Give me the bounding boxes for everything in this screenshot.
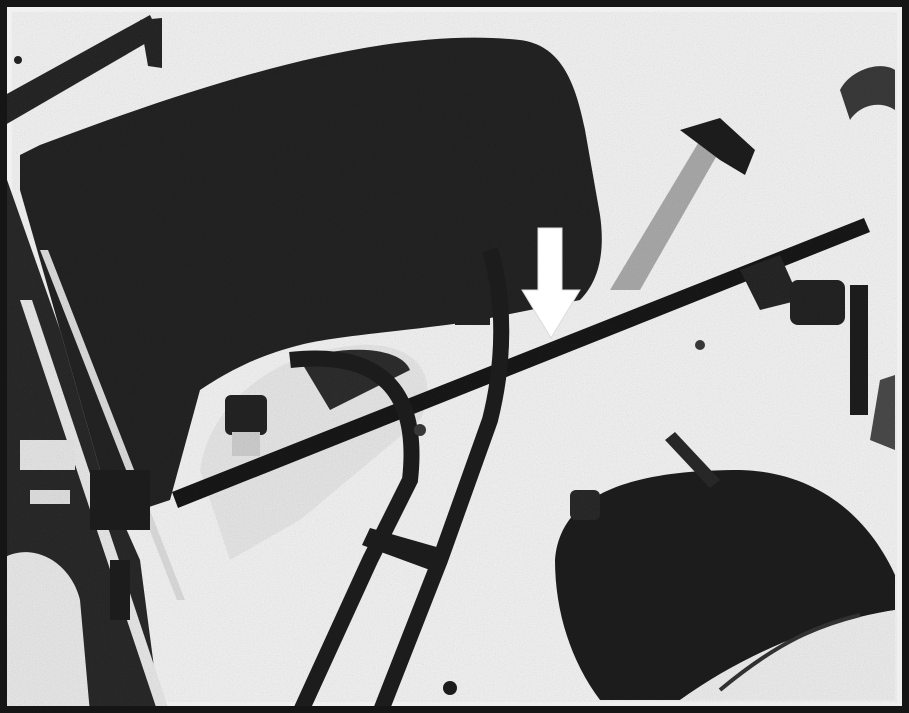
engine-bay-photo	[0, 0, 909, 713]
bolt-head	[225, 395, 267, 435]
